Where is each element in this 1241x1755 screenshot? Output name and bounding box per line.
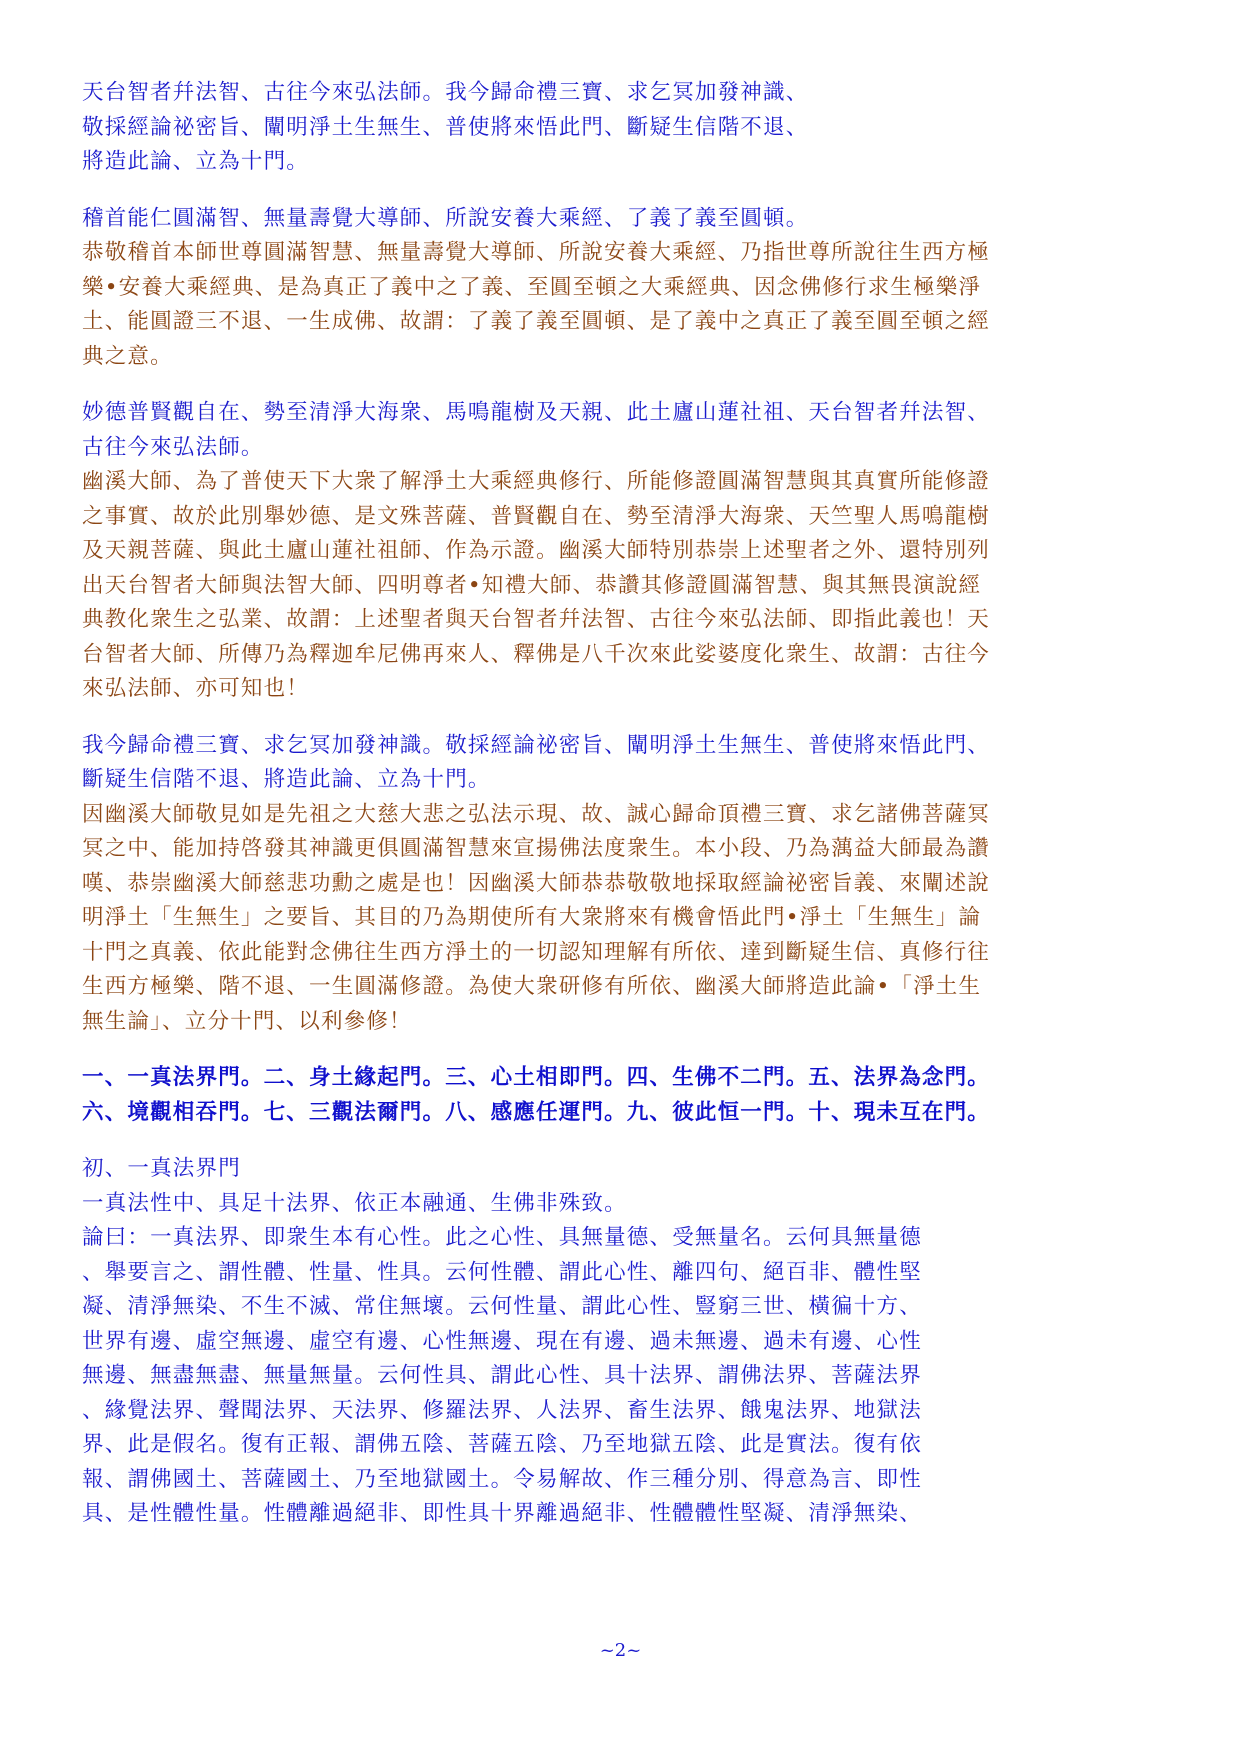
verse-line: 妙德普賢觀自在、勢至清淨大海衆、馬鳴龍樹及天親、此土廬山蓮社祖、天台智者幷法智、 xyxy=(82,396,1162,431)
verse-line: 天台智者幷法智、古往今來弘法師。我今歸命禮三寶、求乞冥加發神識、 xyxy=(82,76,1162,111)
section-gap xyxy=(82,374,1162,396)
verse-line: 界、此是假名。復有正報、謂佛五陰、菩薩五陰、乃至地獄五陰、此是實法。復有依 xyxy=(82,1428,1162,1463)
verse-line: 將造此論、立為十門。 xyxy=(82,145,1162,180)
section-gap xyxy=(82,180,1162,202)
verse-line: 、緣覺法界、聲聞法界、天法界、修羅法界、人法界、畜生法界、餓鬼法界、地獄法 xyxy=(82,1394,1162,1429)
verse-line: 具、是性體性量。性體離過絕非、即性具十界離過絕非、性體體性堅凝、清淨無染、 xyxy=(82,1497,1162,1532)
verse-line: 、舉要言之、謂性體、性量、性具。云何性體、謂此心性、離四句、絕百非、體性堅 xyxy=(82,1256,1162,1291)
section-gate-1: 初、一真法界門一真法性中、具足十法界、依正本融通、生佛非殊致。論曰：一真法界、即… xyxy=(82,1152,1162,1532)
section-ten-gates: 一、一真法界門。二、身土緣起門。三、心土相即門。四、生佛不二門。五、法界為念門。… xyxy=(82,1061,1162,1130)
verse-line: 斷疑生信階不退、將造此論、立為十門。 xyxy=(82,763,1162,798)
commentary-line: 嘆、恭崇幽溪大師慈悲功勳之處是也！因幽溪大師恭恭敬敬地採取經論祕密旨義、來闡述說 xyxy=(82,867,1162,902)
verse-line: 一真法性中、具足十法界、依正本融通、生佛非殊致。 xyxy=(82,1187,1162,1222)
commentary-line: 土、能圓證三不退、一生成佛、故謂：了義了義至圓頓、是了義中之真正了義至圓至頓之經 xyxy=(82,305,1162,340)
verse-line: 論曰：一真法界、即衆生本有心性。此之心性、具無量德、受無量名。云何具無量德 xyxy=(82,1221,1162,1256)
commentary-line: 之事實、故於此別舉妙德、是文殊菩薩、普賢觀自在、勢至清淨大海衆、天竺聖人馬鳴龍樹 xyxy=(82,500,1162,535)
commentary-line: 典教化衆生之弘業、故謂：上述聖者與天台智者幷法智、古往今來弘法師、即指此義也！天 xyxy=(82,603,1162,638)
section-intro-verse: 天台智者幷法智、古往今來弘法師。我今歸命禮三寶、求乞冥加發神識、敬採經論祕密旨、… xyxy=(82,76,1162,180)
document-page: 天台智者幷法智、古往今來弘法師。我今歸命禮三寶、求乞冥加發神識、敬採經論祕密旨、… xyxy=(82,76,1162,1532)
section-verse-1: 稽首能仁圓滿智、無量壽覺大導師、所說安養大乘經、了義了義至圓頓。 xyxy=(82,202,1162,237)
heading-line: 六、境觀相吞門。七、三觀法爾門。八、感應任運門。九、彼此恒一門。十、現未互在門。 xyxy=(82,1096,1162,1131)
commentary-line: 幽溪大師、為了普使天下大衆了解淨土大乘經典修行、所能修證圓滿智慧與其真實所能修證 xyxy=(82,465,1162,500)
verse-line: 敬採經論祕密旨、闡明淨土生無生、普使將來悟此門、斷疑生信階不退、 xyxy=(82,111,1162,146)
commentary-line: 因幽溪大師敬見如是先祖之大慈大悲之弘法示現、故、誠心歸命頂禮三寶、求乞諸佛菩薩冥 xyxy=(82,798,1162,833)
commentary-line: 生西方極樂、階不退、一生圓滿修證。為使大衆研修有所依、幽溪大師將造此論•「淨土生 xyxy=(82,970,1162,1005)
heading-line: 一、一真法界門。二、身土緣起門。三、心土相即門。四、生佛不二門。五、法界為念門。 xyxy=(82,1061,1162,1096)
verse-line: 稽首能仁圓滿智、無量壽覺大導師、所說安養大乘經、了義了義至圓頓。 xyxy=(82,202,1162,237)
commentary-line: 無生論」、立分十門、以利參修！ xyxy=(82,1005,1162,1040)
section-gap xyxy=(82,1130,1162,1152)
commentary-line: 及天親菩薩、與此土廬山蓮社祖師、作為示證。幽溪大師特別恭崇上述聖者之外、還特別列 xyxy=(82,534,1162,569)
section-gap xyxy=(82,1039,1162,1061)
commentary-line: 十門之真義、依此能對念佛往生西方淨土的一切認知理解有所依、達到斷疑生信、真修行往 xyxy=(82,936,1162,971)
section-commentary-1: 恭敬稽首本師世尊圓滿智慧、無量壽覺大導師、所說安養大乘經、乃指世尊所說往生西方極… xyxy=(82,236,1162,374)
verse-line: 初、一真法界門 xyxy=(82,1152,1162,1187)
verse-line: 無邊、無盡無盡、無量無量。云何性具、謂此心性、具十法界、謂佛法界、菩薩法界 xyxy=(82,1359,1162,1394)
verse-line: 我今歸命禮三寶、求乞冥加發神識。敬採經論祕密旨、闡明淨土生無生、普使將來悟此門、 xyxy=(82,729,1162,764)
commentary-line: 出天台智者大師與法智大師、四明尊者•知禮大師、恭讚其修證圓滿智慧、與其無畏演說經 xyxy=(82,569,1162,604)
commentary-line: 冥之中、能加持啓發其神識更俱圓滿智慧來宣揚佛法度衆生。本小段、乃為蕅益大師最為讚 xyxy=(82,832,1162,867)
section-commentary-3: 因幽溪大師敬見如是先祖之大慈大悲之弘法示現、故、誠心歸命頂禮三寶、求乞諸佛菩薩冥… xyxy=(82,798,1162,1040)
verse-line: 古往今來弘法師。 xyxy=(82,431,1162,466)
section-gap xyxy=(82,707,1162,729)
page-number: ~2~ xyxy=(0,1640,1241,1661)
section-verse-2: 妙德普賢觀自在、勢至清淨大海衆、馬鳴龍樹及天親、此土廬山蓮社祖、天台智者幷法智、… xyxy=(82,396,1162,465)
verse-line: 世界有邊、虛空無邊、虛空有邊、心性無邊、現在有邊、過未無邊、過未有邊、心性 xyxy=(82,1325,1162,1360)
commentary-line: 樂•安養大乘經典、是為真正了義中之了義、至圓至頓之大乘經典、因念佛修行求生極樂淨 xyxy=(82,271,1162,306)
verse-line: 凝、清淨無染、不生不滅、常住無壞。云何性量、謂此心性、豎窮三世、橫徧十方、 xyxy=(82,1290,1162,1325)
commentary-line: 台智者大師、所傳乃為釋迦牟尼佛再來人、釋佛是八千次來此娑婆度化衆生、故謂：古往今 xyxy=(82,638,1162,673)
commentary-line: 來弘法師、亦可知也！ xyxy=(82,672,1162,707)
section-verse-3: 我今歸命禮三寶、求乞冥加發神識。敬採經論祕密旨、闡明淨土生無生、普使將來悟此門、… xyxy=(82,729,1162,798)
section-commentary-2: 幽溪大師、為了普使天下大衆了解淨土大乘經典修行、所能修證圓滿智慧與其真實所能修證… xyxy=(82,465,1162,707)
commentary-line: 明淨土「生無生」之要旨、其目的乃為期使所有大衆將來有機會悟此門•淨土「生無生」論 xyxy=(82,901,1162,936)
commentary-line: 恭敬稽首本師世尊圓滿智慧、無量壽覺大導師、所說安養大乘經、乃指世尊所說往生西方極 xyxy=(82,236,1162,271)
commentary-line: 典之意。 xyxy=(82,340,1162,375)
verse-line: 報、謂佛國土、菩薩國土、乃至地獄國土。令易解故、作三種分別、得意為言、即性 xyxy=(82,1463,1162,1498)
